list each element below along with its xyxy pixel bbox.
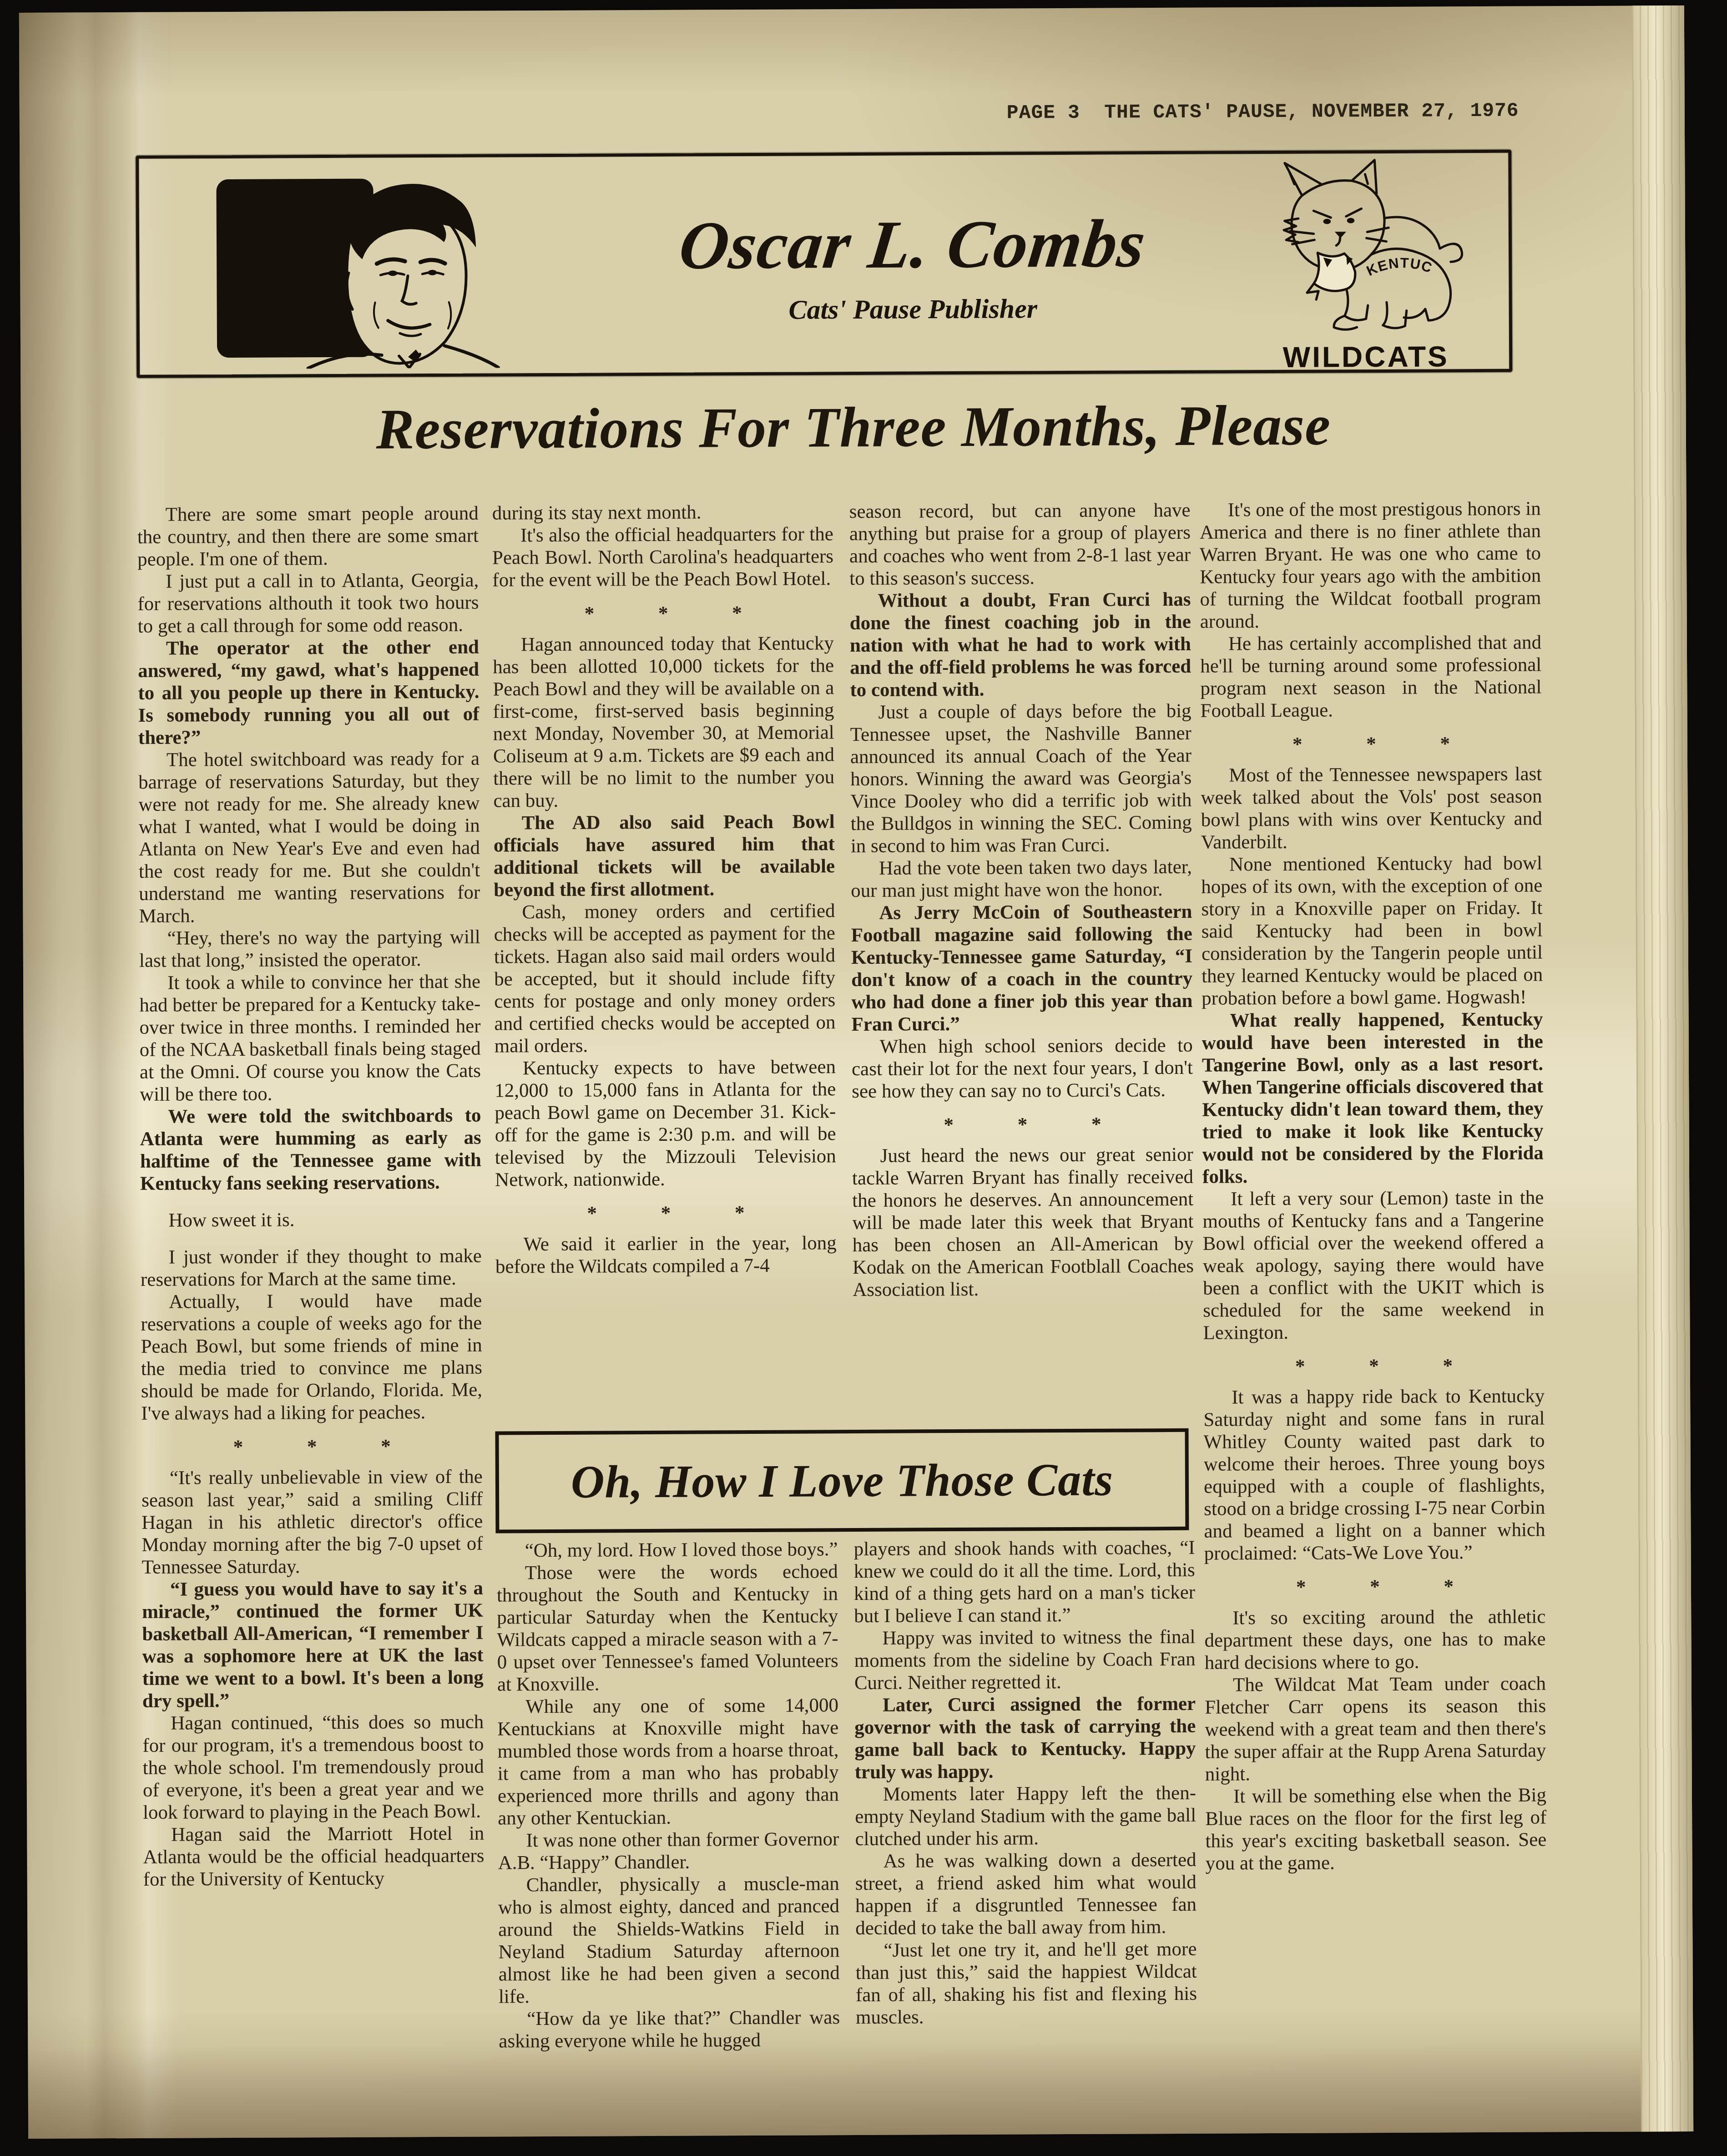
paper-bottom-shading <box>28 2040 1693 2139</box>
article-paragraph: As Jerry McCoin of Southeastern Football… <box>851 901 1192 1036</box>
article-paragraph: He has certainly accomplished that and h… <box>1200 631 1542 722</box>
article-paragraph: Happy was invited to witness the final m… <box>854 1626 1196 1694</box>
article-paragraph: Had the vote been taken two days later, … <box>851 856 1192 902</box>
article-paragraph: “It's really unbelievable in view of the… <box>141 1466 483 1579</box>
article-paragraph: It left a very sour (Lemon) taste in the… <box>1202 1186 1544 1344</box>
scanned-newspaper-page: PAGE 3 THE CATS' PAUSE, NOVEMBER 27, 197… <box>0 0 1727 2156</box>
article-paragraph: Most of the Tennessee newspapers last we… <box>1201 763 1542 853</box>
columnist-masthead: Oscar L. Combs Cats' Pause Publisher <box>136 150 1512 378</box>
article-paragraph: We were told the switchboards to Atlanta… <box>140 1104 481 1195</box>
secondary-headline-box: Oh, How I Love Those Cats <box>495 1428 1189 1533</box>
article-paragraph: The operator at the other end answered, … <box>138 636 480 749</box>
article-paragraph: Kentucky expects to have between 12,000 … <box>495 1056 836 1191</box>
columnist-name: Oscar L. Combs <box>544 204 1281 285</box>
columnist-portrait-icon <box>171 165 526 369</box>
article-paragraph: Cash, money orders and certified checks … <box>494 900 835 1057</box>
masthead-text-block: Oscar L. Combs Cats' Pause Publisher <box>549 204 1277 327</box>
article-paragraph: Later, Curci assigned the former governo… <box>854 1693 1196 1783</box>
article-paragraph: It's so exciting around the athletic dep… <box>1204 1605 1546 1674</box>
article-paragraph: Those were the words echoed throughout t… <box>497 1560 838 1695</box>
article-paragraph: It took a while to convince her that she… <box>139 971 481 1106</box>
newspaper-page: PAGE 3 THE CATS' PAUSE, NOVEMBER 27, 197… <box>19 5 1693 2139</box>
section-separator: * * * <box>1203 1354 1545 1378</box>
section-separator: * * * <box>852 1113 1193 1137</box>
article-paragraph: “Oh, my lord. How I loved those boys.” <box>496 1538 838 1562</box>
section-separator: * * * <box>1201 732 1542 756</box>
article-paragraph: Actually, I would have made reservations… <box>141 1290 482 1425</box>
article-paragraph: It was none other than former Governor A… <box>498 1828 839 1874</box>
article-paragraph: players and shook hands with coaches, “I… <box>853 1537 1195 1627</box>
article-paragraph: Just a couple of days before the big Ten… <box>850 700 1192 857</box>
article-paragraph: Hagan continued, “this does so much for … <box>142 1711 484 1824</box>
article-paragraph: When high school seniors decide to cast … <box>852 1034 1193 1103</box>
article-column-3-lower: players and shook hands with coaches, “I… <box>853 1537 1197 2066</box>
section-separator: * * * <box>495 1201 836 1225</box>
page-curl-edge <box>1632 5 1693 2131</box>
section-separator: * * * <box>492 602 833 625</box>
main-headline: Reservations For Three Months, Please <box>21 391 1687 464</box>
columnist-title: Cats' Pause Publisher <box>549 292 1277 327</box>
article-paragraph: It's also the official headquarters for … <box>492 523 834 591</box>
article-paragraph: It will be something else when the Big B… <box>1205 1784 1547 1874</box>
article-paragraph: There are some smart people around the c… <box>137 502 479 571</box>
article-paragraph: season record, but can anyone have anyth… <box>849 499 1191 590</box>
article-paragraph: Without a doubt, Fran Curci has done the… <box>849 588 1191 701</box>
article-paragraph: “Hey, there's no way the partying will l… <box>139 926 480 972</box>
article-paragraph: The AD also said Peach Bowl officials ha… <box>493 810 835 901</box>
article-paragraph: We said it earlier in the year, long bef… <box>495 1232 837 1278</box>
article-paragraph: The hotel switchboard was ready for a ba… <box>138 748 480 927</box>
article-paragraph: It's one of the most prestigous honors i… <box>1200 497 1541 633</box>
article-paragraph: As he was walking down a deserted street… <box>855 1849 1197 1939</box>
article-paragraph: “I guess you would have to say it's a mi… <box>142 1577 484 1712</box>
article-paragraph: While any one of some 14,000 Kentuckians… <box>497 1694 839 1829</box>
section-separator: * * * <box>1204 1575 1545 1599</box>
article-column-2-lower: “Oh, my lord. How I loved those boys.”Th… <box>496 1538 840 2067</box>
article-column-2-upper: during its stay next month.It's also the… <box>492 501 838 1428</box>
article-paragraph: during its stay next month. <box>492 501 833 524</box>
secondary-headline: Oh, How I Love Those Cats <box>571 1453 1113 1508</box>
mascot-label: WILDCATS <box>1236 339 1495 374</box>
article-paragraph: Hagan said the Marriott Hotel in Atlanta… <box>143 1822 485 1891</box>
article-paragraph: Hagan announced today that Kentucky has … <box>493 632 835 812</box>
article-paragraph: Moments later Happy left the then-empty … <box>855 1782 1197 1850</box>
article-paragraph: The Wildcat Mat Team under coach Fletche… <box>1205 1672 1546 1785</box>
article-paragraph: I just wonder if they thought to make re… <box>141 1245 482 1291</box>
article-paragraph: Chandler, physically a muscle-man who is… <box>498 1873 840 2008</box>
article-paragraph: Just heard the news our great senior tac… <box>852 1144 1194 1301</box>
article-paragraph: How sweet it is. <box>140 1208 481 1232</box>
article-column-3-upper: season record, but can anyone have anyth… <box>849 499 1195 1427</box>
article-paragraph: What really happened, Kentucky would hav… <box>1202 1008 1544 1188</box>
wildcat-mascot-icon: KENTUCKY <box>1235 157 1495 337</box>
article-paragraph: None mentioned Kentucky had bowl hopes o… <box>1201 852 1543 1009</box>
wildcat-mascot: KENTUCKY WILDCATS <box>1235 157 1495 374</box>
article-column-1: There are some smart people around the c… <box>137 502 485 2078</box>
article-paragraph: “Just let one try it, and he'll get more… <box>855 1938 1197 2029</box>
section-separator: * * * <box>141 1435 482 1459</box>
article-paragraph: I just put a call in to Atlanta, Georgia… <box>137 569 479 638</box>
article-column-4: It's one of the most prestigous honors i… <box>1200 497 1548 2073</box>
page-running-header: PAGE 3 THE CATS' PAUSE, NOVEMBER 27, 197… <box>1007 99 1589 124</box>
article-paragraph: It was a happy ride back to Kentucky Sat… <box>1203 1385 1545 1564</box>
